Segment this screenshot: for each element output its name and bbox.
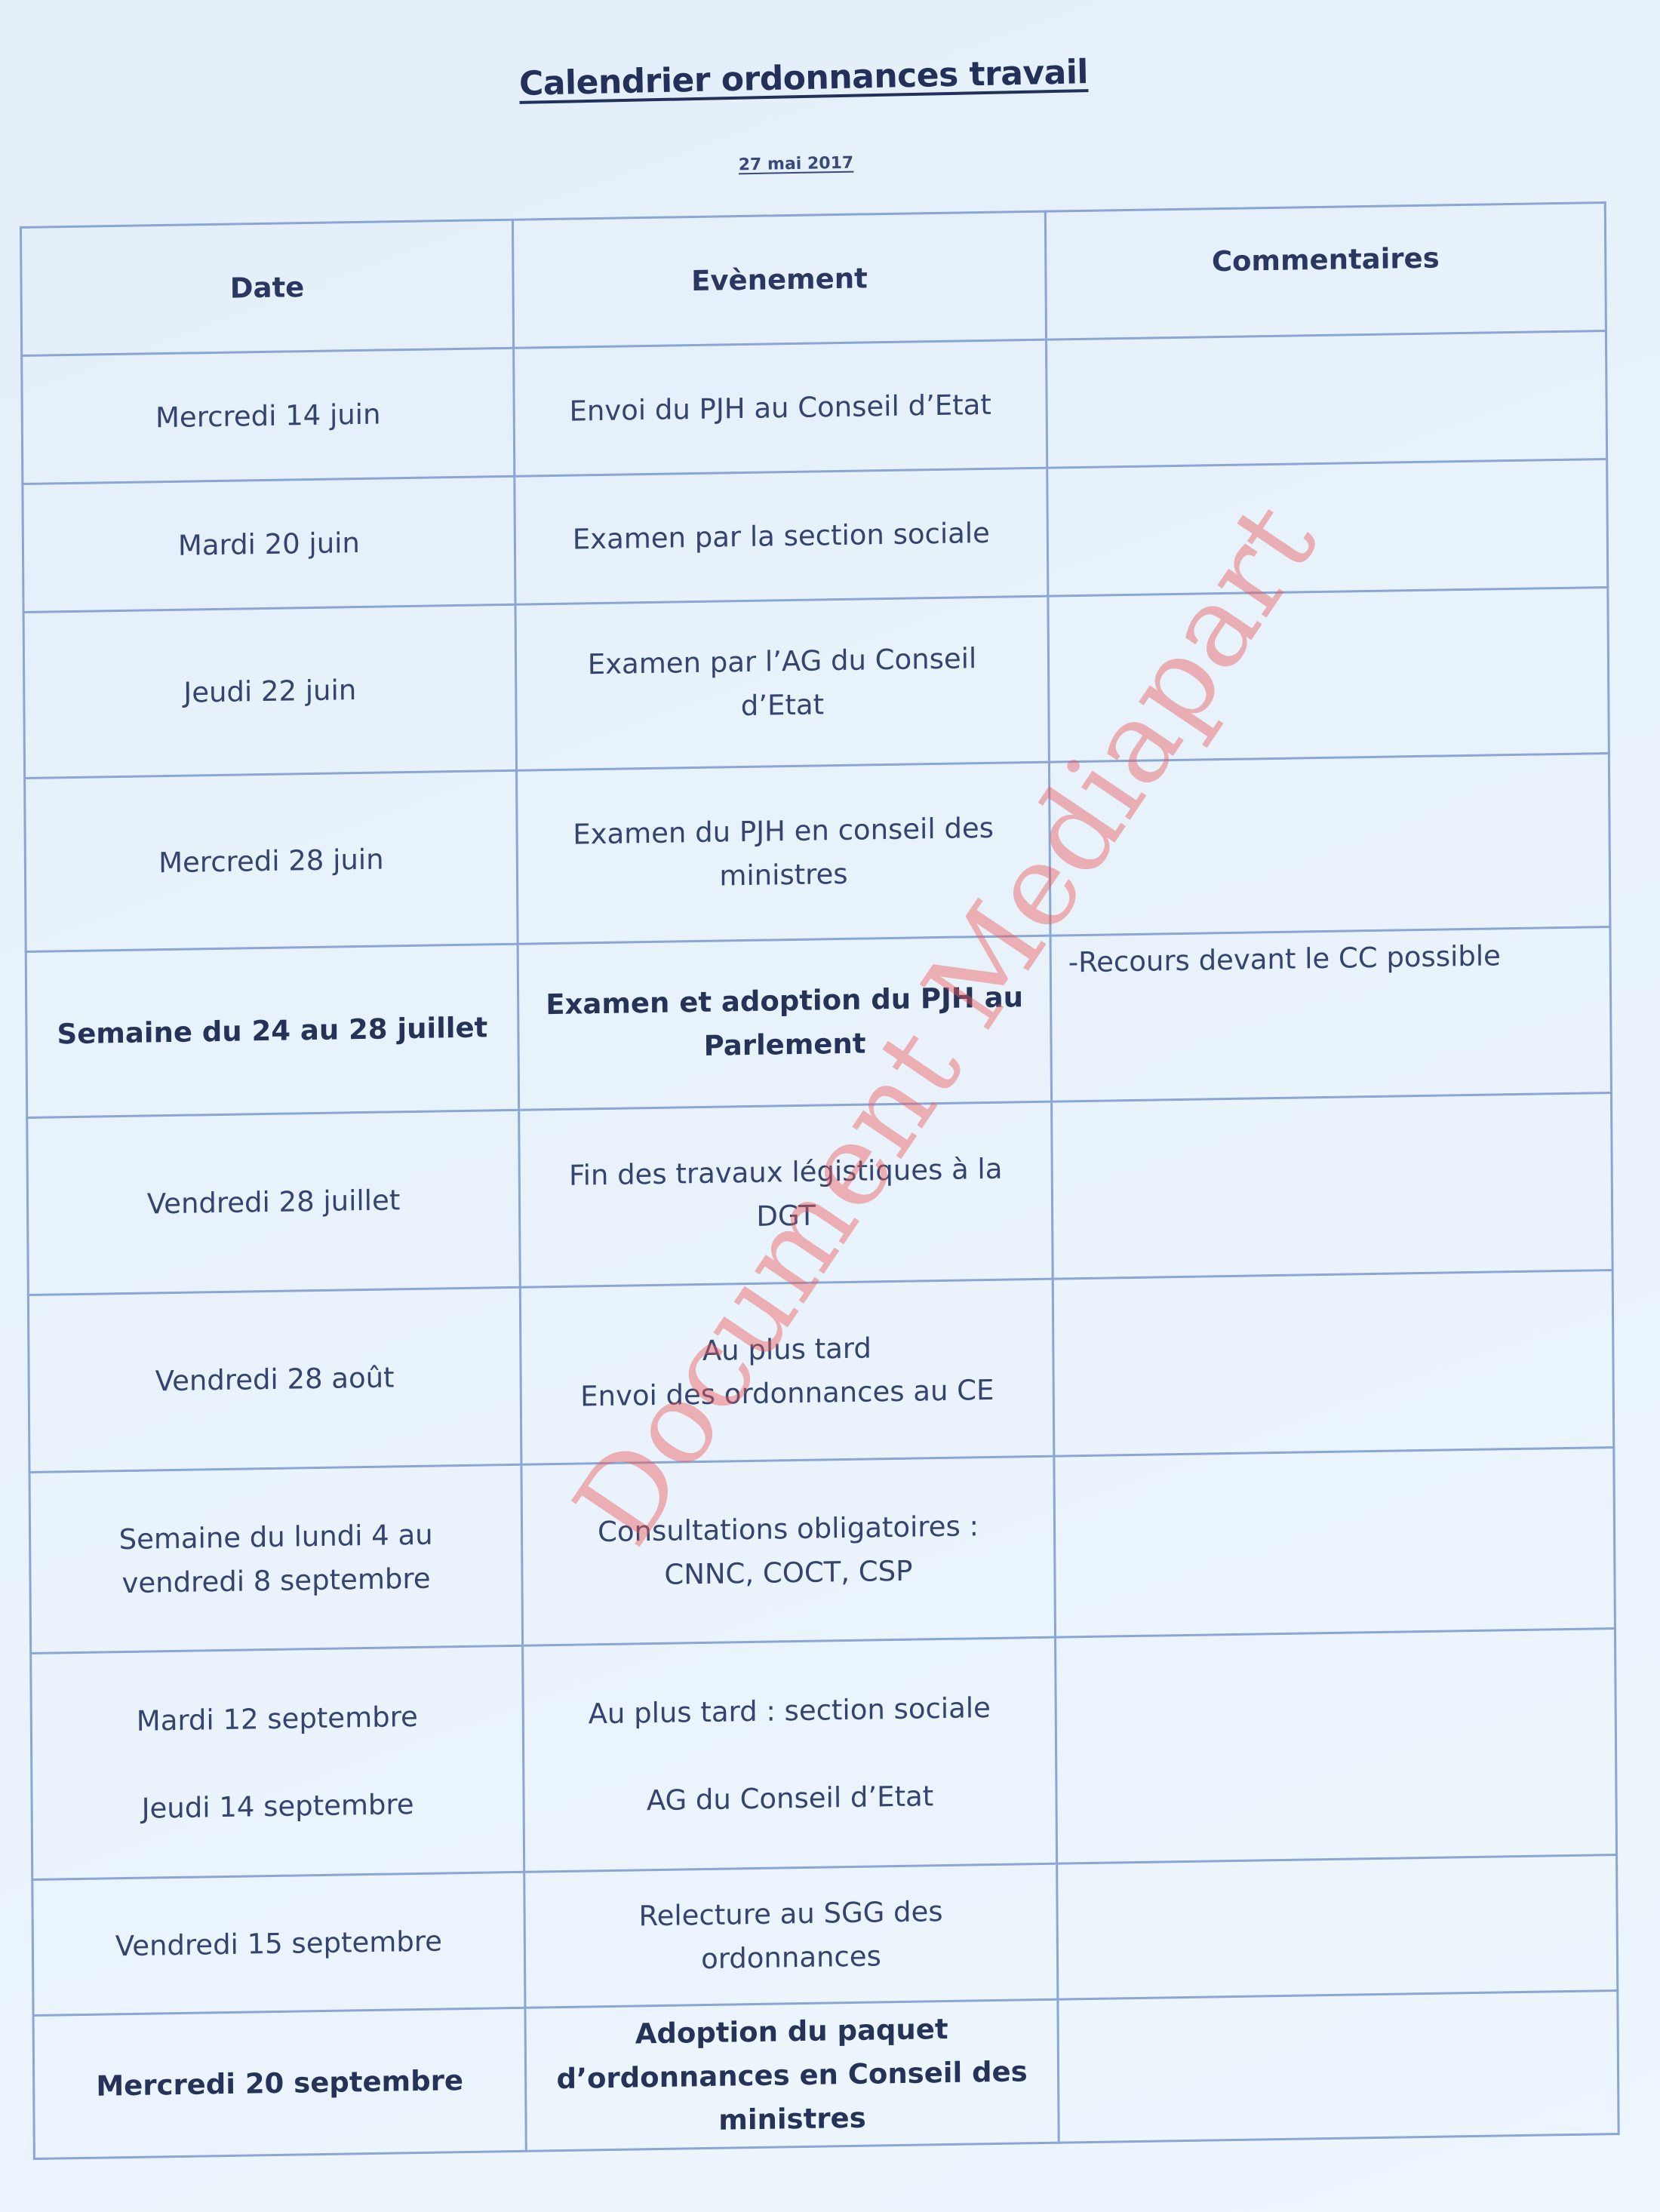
cell-event-line: Parlement [536, 1019, 1033, 1071]
cell-comment [1052, 1093, 1613, 1280]
cell-event-line: Relecture au SGG des [542, 1888, 1039, 1940]
table-row: Mercredi 28 juinExamen du PJH en conseil… [25, 754, 1610, 952]
cell-comment-line: -Recours devant le CC possible [1068, 932, 1593, 985]
cell-event-line: Consultations obligatoires : [539, 1504, 1037, 1555]
cell-event-line: Examen par l’AG du Conseil [533, 636, 1031, 687]
table-row: Vendredi 28 juilletFin des travaux légis… [27, 1093, 1612, 1295]
cell-date-line: Mercredi 28 juin [43, 836, 500, 887]
header-date: Date [21, 220, 514, 355]
cell-event-line: ordonnances [543, 1932, 1040, 1983]
cell-event: Fin des travaux légistiques à laDGT [519, 1101, 1053, 1287]
table-row: Mercredi 20 septembreAdoption du paquetd… [33, 1991, 1618, 2159]
cell-event: Envoi du PJH au Conseil d’Etat [514, 339, 1047, 476]
table-row: Mercredi 14 juinEnvoi du PJH au Conseil … [22, 330, 1607, 484]
cell-event: Adoption du paquetd’ordonnances en Conse… [525, 1999, 1059, 2151]
cell-comment [1057, 1855, 1618, 2000]
table-row: Semaine du 24 au 28 juilletExamen et ado… [26, 927, 1611, 1118]
cell-comment: -Recours devant le CC possible [1050, 927, 1611, 1102]
cell-date-line: Mercredi 20 septembre [51, 2058, 508, 2109]
cell-date: Jeudi 22 juin [23, 604, 516, 778]
cell-date: Vendredi 15 septembre [32, 1872, 525, 2015]
cell-date-line: Semaine du lundi 4 au [48, 1512, 504, 1563]
cell-comment [1058, 1991, 1618, 2143]
cell-event: Au plus tard : section sociale AG du Con… [523, 1637, 1057, 1872]
cell-event-line: d’Etat [533, 680, 1031, 731]
cell-event-line: ministres [535, 849, 1032, 901]
cell-event-line: DGT [537, 1190, 1034, 1242]
cell-date: Semaine du lundi 4 auvendredi 8 septembr… [29, 1464, 523, 1653]
cell-comment [1048, 587, 1609, 762]
cell-event-line: Au plus tard [538, 1324, 1035, 1375]
cell-date-line: Mercredi 14 juin [40, 391, 496, 442]
cell-event: Au plus tardEnvoi des ordonnances au CE [520, 1279, 1054, 1464]
calendar-table-container: Date Evènement Commentaires Mercredi 14 … [20, 201, 1618, 2160]
cell-event-line: Examen et adoption du PJH au [536, 975, 1033, 1027]
cell-event-line: d’ordonnances en Conseil des [543, 2050, 1041, 2101]
cell-date-line [49, 1737, 506, 1789]
cell-date-line: Vendredi 15 septembre [51, 1919, 507, 1970]
cell-date-line: vendredi 8 septembre [48, 1556, 504, 1607]
cell-comment [1056, 1629, 1617, 1864]
cell-event-line: AG du Conseil d’Etat [541, 1773, 1038, 1824]
cell-date-line: Semaine du 24 au 28 juillet [44, 1006, 500, 1057]
cell-comment [1047, 330, 1607, 468]
cell-event-line [541, 1729, 1038, 1780]
header-comments: Commentaires [1045, 202, 1606, 339]
cell-event: Examen du PJH en conseil desministres [517, 762, 1051, 944]
cell-date: Mercredi 28 juin [25, 770, 518, 951]
cell-date-line: Vendredi 28 juillet [45, 1177, 502, 1228]
cell-event-line: Envoi du PJH au Conseil d’Etat [532, 382, 1029, 434]
table-row: Mardi 12 septembre Jeudi 14 septembreAu … [31, 1629, 1617, 1880]
document-date: 27 mai 2017 [0, 141, 1592, 188]
cell-comment [1049, 754, 1610, 936]
cell-event-line: Adoption du paquet [543, 2006, 1041, 2057]
cell-event-line: Au plus tard : section sociale [541, 1685, 1038, 1737]
cell-event-line: Fin des travaux légistiques à la [537, 1147, 1034, 1198]
cell-event-line: Examen du PJH en conseil des [534, 806, 1031, 857]
cell-event: Examen par l’AG du Conseild’Etat [515, 596, 1049, 770]
cell-event: Examen par la section sociale [515, 468, 1048, 604]
cell-date: Mardi 12 septembre Jeudi 14 septembre [31, 1645, 524, 1879]
cell-event: Consultations obligatoires :CNNC, COCT, … [521, 1456, 1056, 1645]
header-event: Evènement [512, 211, 1046, 348]
cell-date-line: Vendredi 28 août [47, 1354, 503, 1406]
table-row: Jeudi 22 juinExamen par l’AG du Conseild… [23, 587, 1609, 778]
cell-comment [1047, 459, 1608, 596]
calendar-table: Date Evènement Commentaires Mercredi 14 … [20, 201, 1620, 2160]
cell-event-line: Examen par la section sociale [533, 511, 1030, 562]
cell-event-line: CNNC, COCT, CSP [539, 1547, 1037, 1599]
cell-date: Mercredi 14 juin [22, 348, 515, 484]
cell-date-line: Mardi 20 juin [41, 519, 497, 570]
cell-date-line: Jeudi 14 septembre [49, 1781, 506, 1833]
table-row: Mardi 20 juinExamen par la section socia… [23, 459, 1608, 612]
cell-date: Mardi 20 juin [23, 476, 515, 612]
table-body: Mercredi 14 juinEnvoi du PJH au Conseil … [22, 330, 1618, 2158]
cell-date: Vendredi 28 août [28, 1287, 521, 1472]
table-row: Vendredi 28 aoûtAu plus tardEnvoi des or… [28, 1270, 1613, 1473]
table-row: Vendredi 15 septembreRelecture au SGG de… [32, 1855, 1618, 2016]
cell-date: Mercredi 20 septembre [33, 2008, 526, 2158]
document-title: Calendrier ordonnances travail [0, 42, 1607, 115]
cell-comment [1054, 1448, 1615, 1638]
cell-date-line: Jeudi 22 juin [41, 666, 498, 717]
cell-date-line: Mardi 12 septembre [49, 1694, 506, 1745]
cell-comment [1053, 1270, 1614, 1457]
table-header-row: Date Evènement Commentaires [21, 202, 1606, 355]
cell-date: Vendredi 28 juillet [27, 1110, 521, 1295]
cell-event-line: Envoi des ordonnances au CE [539, 1368, 1036, 1419]
cell-event: Examen et adoption du PJH auParlement [518, 935, 1051, 1110]
cell-event-line: ministres [543, 2094, 1041, 2145]
table-row: Semaine du lundi 4 auvendredi 8 septembr… [29, 1448, 1615, 1654]
cell-date: Semaine du 24 au 28 juillet [26, 944, 518, 1117]
cell-event: Relecture au SGG desordonnances [524, 1863, 1058, 2008]
